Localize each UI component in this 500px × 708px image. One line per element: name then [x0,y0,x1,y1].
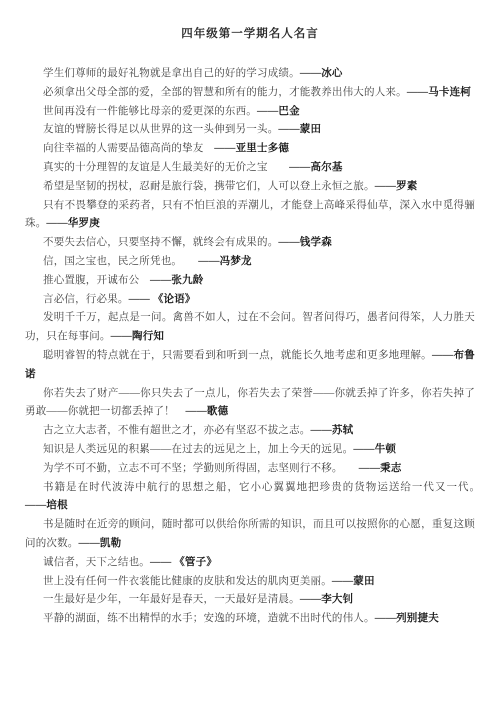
quote-text: 古之立大志者，不惟有超世之才，亦必有坚忍不拔之志。 [43,425,311,436]
quote-text: 平静的湖面，练不出精悍的水手；安逸的环境，造就不出时代的伟人。 [43,613,375,624]
quote-list: 学生们尊师的最好礼物就是拿出自己的好的学习成绩。——冰心 必须拿出父母全部的爱，… [25,65,475,629]
quote-author: ——亚里士多德 [214,143,289,154]
quote-text: 信，国之宝也，民之所凭也。 [43,256,198,267]
quote-author: ——列别捷夫 [375,613,439,624]
quote-text: 必须拿出父母全部的爱，全部的智慧和所有的能力，才能教养出伟大的人来。 [43,87,407,98]
quote-author: ——李大钊 [300,594,354,605]
quote-line: 真实的十分理智的友谊是人生最美好的无价之宝 ——高尔基 [25,159,475,178]
quote-text: 聪明睿智的特点就在于，只需要看到和听到一点，就能长久地考虑和更多地理解。 [43,350,432,361]
quote-author: ——蒙田 [332,576,375,587]
quote-author: ——罗素 [375,181,418,192]
quote-text: 知识是人类远见的积累——在过去的远见之上，加上今天的远见。 [43,444,353,455]
quote-text: 你若失去了财产——你只失去了一点儿，你若失去了荣誉——你就丢掉了许多，你若失掉了… [25,388,475,418]
quote-line: 诚信者，天下之结也。—— 《管子》 [25,554,475,573]
quote-author: —— 《论语》 [129,294,196,305]
quote-line: 你若失去了财产——你只失去了一点儿，你若失去了荣誉——你就丢掉了许多，你若失掉了… [25,385,475,423]
quote-text: 学生们尊师的最好礼物就是拿出自己的好的学习成绩。 [43,68,300,79]
quote-line: 不要失去信心，只要坚持不懈，就终会有成果的。——钱学森 [25,234,475,253]
quote-author: ——凯勒 [79,538,122,549]
quote-text: 为学不可不勤，立志不可不坚；学勤则所得固，志坚则行不移。 [43,463,359,474]
quote-line: 友谊的臂膀长得足以从世界的这一头伸到另一头。——蒙田 [25,121,475,140]
quote-author: ——冯梦龙 [198,256,252,267]
document-page: 四年级第一学期名人名言 学生们尊师的最好礼物就是拿出自己的好的学习成绩。——冰心… [0,0,500,708]
quote-line: 书是随时在近旁的顾问，随时都可以供给你所需的知识，而且可以按照你的心愿，重复这顾… [25,516,475,554]
quote-line: 信，国之宝也，民之所凭也。 ——冯梦龙 [25,253,475,272]
quote-line: 一生最好是少年，一年最好是春天，一天最好是清晨。——李大钊 [25,591,475,610]
quote-author: ——苏轼 [311,425,354,436]
quote-author: ——陶行知 [111,331,165,342]
quote-author: ——钱学森 [278,237,332,248]
quote-author: —— 《管子》 [150,557,217,568]
quote-line: 学生们尊师的最好礼物就是拿出自己的好的学习成绩。——冰心 [25,65,475,84]
quote-text: 向往幸福的人需要品德高尚的挚友 [43,143,214,154]
quote-author: ——牛顿 [353,444,396,455]
quote-author: ——张九龄 [150,275,204,286]
quote-author: ——培根 [25,500,68,511]
quote-author: ——高尔基 [289,162,343,173]
quote-line: 世间再没有一件能够比母亲的爱更深的东西。——巴金 [25,103,475,122]
quote-text: 世间再没有一件能够比母亲的爱更深的东西。 [43,106,257,117]
quote-line: 只有不畏攀登的采药者，只有不怕巨浪的弄潮儿，才能登上高峰采得仙草，深入水中觅得骊… [25,197,475,235]
quote-text: 不要失去信心，只要坚持不懈，就终会有成果的。 [43,237,278,248]
quote-line: 聪明睿智的特点就在于，只需要看到和听到一点，就能长久地考虑和更多地理解。——布鲁… [25,347,475,385]
quote-author: ——歌德 [186,406,229,417]
quote-line: 必须拿出父母全部的爱，全部的智慧和所有的能力，才能教养出伟大的人来。——马卡连柯 [25,84,475,103]
quote-text: 世上没有任何一件衣裳能比健康的皮肤和发达的肌肉更美丽。 [43,576,332,587]
quote-text: 发明千千万，起点是一问。禽兽不如人，过在不会问。智者问得巧，愚者问得笨，人力胜天… [25,312,475,342]
quote-line: 为学不可不勤，立志不可不坚；学勤则所得固，志坚则行不移。 ——秉志 [25,460,475,479]
quote-text: 诚信者，天下之结也。 [43,557,150,568]
quote-author: ——冰心 [300,68,343,79]
quote-line: 古之立大志者，不惟有超世之才，亦必有坚忍不拔之志。——苏轼 [25,422,475,441]
quote-text: 言必信，行必果。 [43,294,129,305]
quote-line: 书籍是在时代波涛中航行的思想之船，它小心翼翼地把珍贵的货物运送给一代又一代。 —… [25,479,475,517]
quote-line: 推心置腹，开诚布公 ——张九龄 [25,272,475,291]
quote-line: 向往幸福的人需要品德高尚的挚友 ——亚里士多德 [25,140,475,159]
quote-line: 言必信，行必果。—— 《论语》 [25,291,475,310]
quote-author: ——蒙田 [278,124,321,135]
quote-text: 书籍是在时代波涛中航行的思想之船，它小心翼翼地把珍贵的货物运送给一代又一代。 [43,482,500,493]
quote-author: ——马卡连柯 [407,87,471,98]
quote-author: ——秉志 [359,463,402,474]
quote-line: 知识是人类远见的积累——在过去的远见之上，加上今天的远见。——牛顿 [25,441,475,460]
quote-author: ——华罗庚 [46,218,100,229]
quote-text: 希望是坚韧的拐杖，忍耐是旅行袋，携带它们，人可以登上永恒之旅。 [43,181,375,192]
quote-line: 平静的湖面，练不出精悍的水手；安逸的环境，造就不出时代的伟人。——列别捷夫 [25,610,475,629]
quote-text: 友谊的臂膀长得足以从世界的这一头伸到另一头。 [43,124,278,135]
quote-text: 推心置腹，开诚布公 [43,275,150,286]
quote-line: 世上没有任何一件衣裳能比健康的皮肤和发达的肌肉更美丽。——蒙田 [25,573,475,592]
quote-line: 希望是坚韧的拐杖，忍耐是旅行袋，携带它们，人可以登上永恒之旅。——罗素 [25,178,475,197]
quote-text: 一生最好是少年，一年最好是春天，一天最好是清晨。 [43,594,300,605]
quote-text: 真实的十分理智的友谊是人生最美好的无价之宝 [43,162,289,173]
quote-line: 发明千千万，起点是一问。禽兽不如人，过在不会问。智者问得巧，愚者问得笨，人力胜天… [25,309,475,347]
quote-author: ——巴金 [257,106,300,117]
page-title: 四年级第一学期名人名言 [25,27,475,41]
